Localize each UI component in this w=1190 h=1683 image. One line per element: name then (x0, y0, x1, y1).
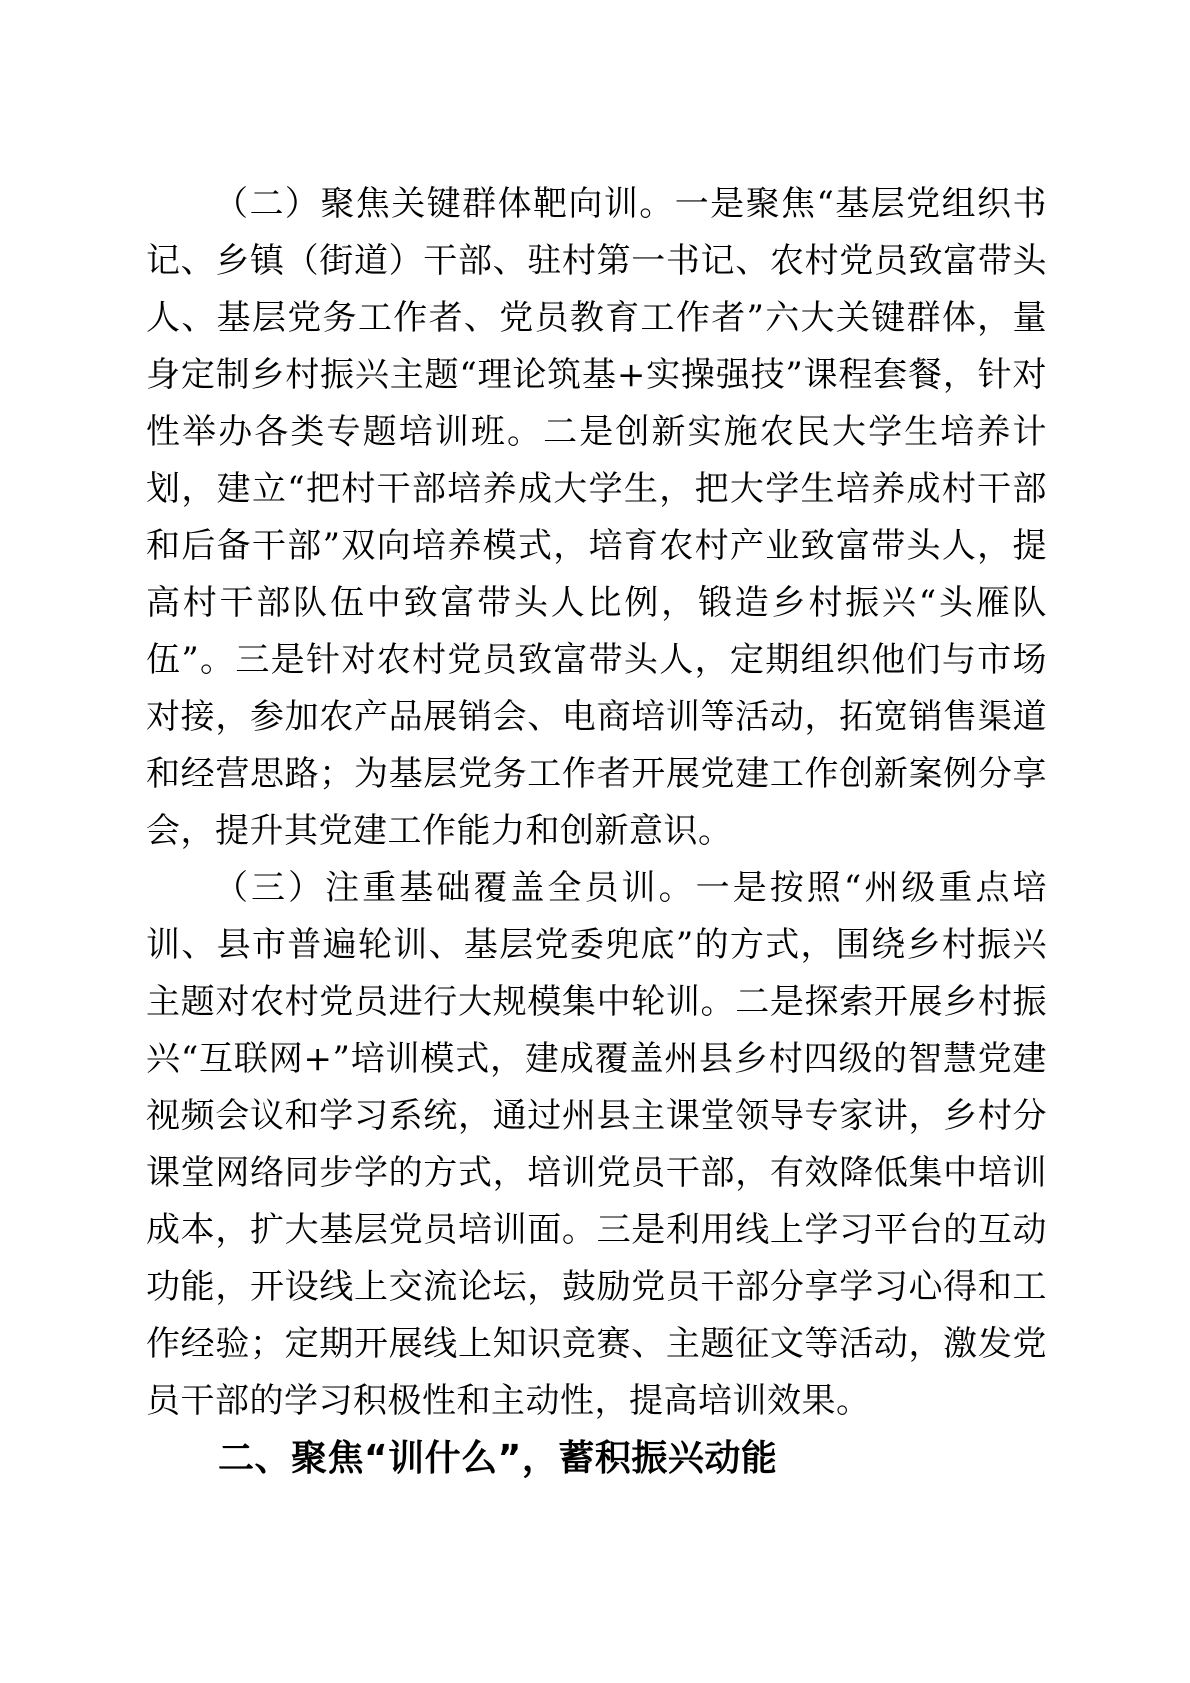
document-page: （二）聚焦关键群体靶向训。一是聚焦“基层党组织书记、乡镇（街道）干部、驻村第一书… (0, 0, 1190, 1683)
paragraph-section-3-text: 一是按照“州级重点培训、县市普遍轮训、基层党委兜底”的方式，围绕乡村振兴主题对农… (146, 868, 1047, 1421)
paragraph-section-3-lead: （三）注重基础覆盖全员训。 (214, 868, 696, 908)
document-body: （二）聚焦关键群体靶向训。一是聚焦“基层党组织书记、乡镇（街道）干部、驻村第一书… (146, 176, 1047, 1487)
section-heading-part-2: 二、聚焦“训什么”，蓄积振兴动能 (146, 1430, 1047, 1487)
paragraph-section-2-lead: （二）聚焦关键群体靶向训。 (214, 184, 675, 224)
paragraph-section-3: （三）注重基础覆盖全员训。一是按照“州级重点培训、县市普遍轮训、基层党委兜底”的… (146, 860, 1047, 1430)
paragraph-section-2: （二）聚焦关键群体靶向训。一是聚焦“基层党组织书记、乡镇（街道）干部、驻村第一书… (146, 176, 1047, 860)
paragraph-section-2-text: 一是聚焦“基层党组织书记、乡镇（街道）干部、驻村第一书记、农村党员致富带头人、基… (146, 184, 1047, 851)
